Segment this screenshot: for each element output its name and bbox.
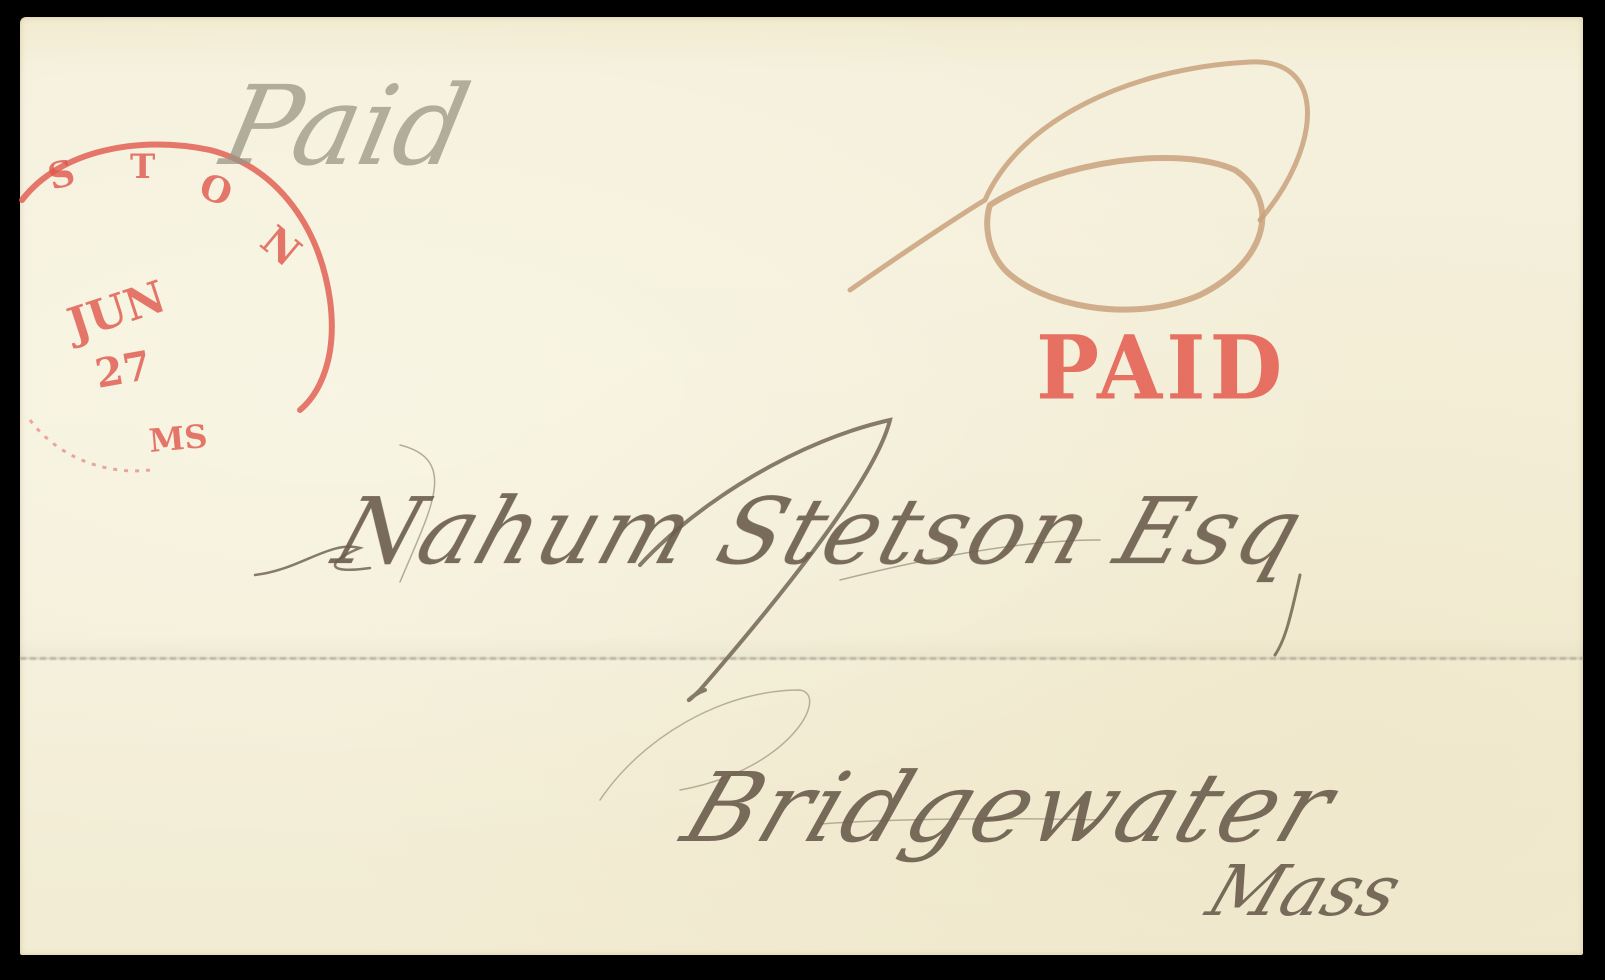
address-line-state: Mass xyxy=(1197,850,1412,932)
postmark-state: MS xyxy=(147,417,209,460)
paid-handstamp: PAID xyxy=(1036,316,1286,420)
address-line-name: Nahum Stetson Esq xyxy=(323,478,1318,585)
manuscript-paid: Paid xyxy=(212,62,479,190)
postmark-month: JUN xyxy=(58,271,172,351)
postmark-day: 27 xyxy=(92,342,155,398)
postmark-letter: T xyxy=(130,147,155,187)
postmark-letter: N xyxy=(252,217,310,277)
rate-marking-6 xyxy=(850,62,1308,310)
boston-postmark: S T O N JUN 27 MS xyxy=(22,144,332,470)
address-line-town: Bridgewater xyxy=(670,752,1351,864)
